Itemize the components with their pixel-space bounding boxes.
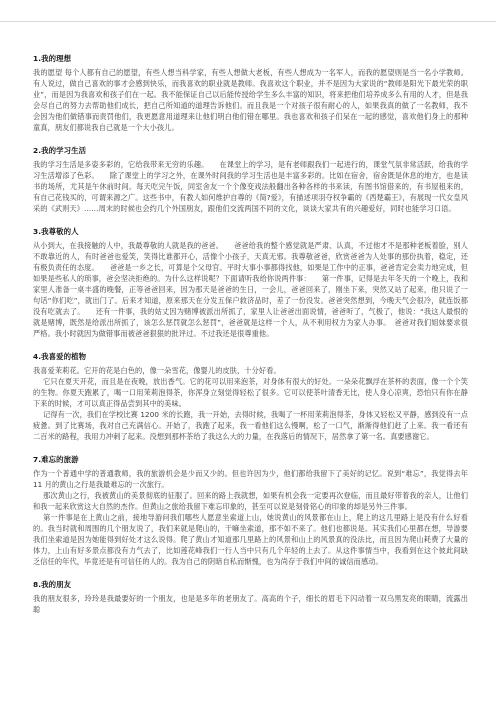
paragraph: 我的朋友很多，玲玲是我最要好的一个朋友，也是是多年的老朋友了。高高的个子，细长的… <box>33 593 468 615</box>
paragraph: 我的学习生活是多姿多彩的，它给我带来无穷的乐趣。 在课堂上的学习，是有老师跟我们… <box>33 159 468 214</box>
section-heading-my-ideal: 1.我的理想 <box>33 53 468 64</box>
paragraph: 作为一个普通中学的普通教师，我的旅游机会是少而又少的。但也许因为少，他们都给我留… <box>33 468 468 490</box>
document-page: 1.我的理想 我的愿望 每个人都有自己的愿望，有些人想当科学家，有些人想做大老板… <box>0 0 496 702</box>
section-heading-favorite-plant: 4.我喜爱的植物 <box>33 351 468 362</box>
paragraph: 记得有一次，我们在学校比赛 1200 米的长跑，我一开始，去得时候，我喝了一杯用… <box>33 409 468 442</box>
section-heading-person-i-respect: 3.我尊敬的人 <box>33 226 468 237</box>
section-memorable-trip: 7.难忘的旅游 作为一个普通中学的普通教师，我的旅游机会是少而又少的。但也许因为… <box>33 454 468 567</box>
paragraph: 第一件事是在上黄山之前，接地导游问我们哪些人愿意坐索道上山，她说黄山的风景都在山… <box>33 512 468 567</box>
section-my-friend: 8.我的朋友 我的朋友很多，玲玲是我最要好的一个朋友，也是是多年的老朋友了。高高… <box>33 579 468 615</box>
page-top-divider <box>0 21 496 22</box>
section-my-ideal: 1.我的理想 我的愿望 每个人都有自己的愿望，有些人想当科学家，有些人想做大老板… <box>33 53 468 133</box>
section-heading-memorable-trip: 7.难忘的旅游 <box>33 454 468 465</box>
section-favorite-plant: 4.我喜爱的植物 我喜爱茉莉花。它开的花是白色的，像一朵雪花，像婴儿的皮肤，十分… <box>33 351 468 442</box>
paragraph: 我的愿望 每个人都有自己的愿望，有些人想当科学家，有些人想做大老板，有些人想成为… <box>33 67 468 133</box>
paragraph: 从小到大，在我接触的人中，我最尊敬的人就是我的爸爸。 爸爸给我的整个感觉就是严肃… <box>33 240 468 339</box>
section-person-i-respect: 3.我尊敬的人 从小到大，在我接触的人中，我最尊敬的人就是我的爸爸。 爸爸给我的… <box>33 226 468 339</box>
section-heading-my-friend: 8.我的朋友 <box>33 579 468 590</box>
paragraph: 那次黄山之行，我被黄山的美景彻底的征服了。回来的路上我就想，如果有机会我一定要再… <box>33 490 468 512</box>
paragraph: 它只在夏天开花，而且是在夜晚，放出香气。它的花可以用来泡茶，对身体有很大的好处。… <box>33 376 468 409</box>
essay-body: 1.我的理想 我的愿望 每个人都有自己的愿望，有些人想当科学家，有些人想做大老板… <box>33 53 468 615</box>
paragraph: 我喜爱茉莉花。它开的花是白色的，像一朵雪花，像婴儿的皮肤，十分好看。 <box>33 365 468 376</box>
section-study-life: 2.我的学习生活 我的学习生活是多姿多彩的，它给我带来无穷的乐趣。 在课堂上的学… <box>33 145 468 214</box>
section-heading-study-life: 2.我的学习生活 <box>33 145 468 156</box>
